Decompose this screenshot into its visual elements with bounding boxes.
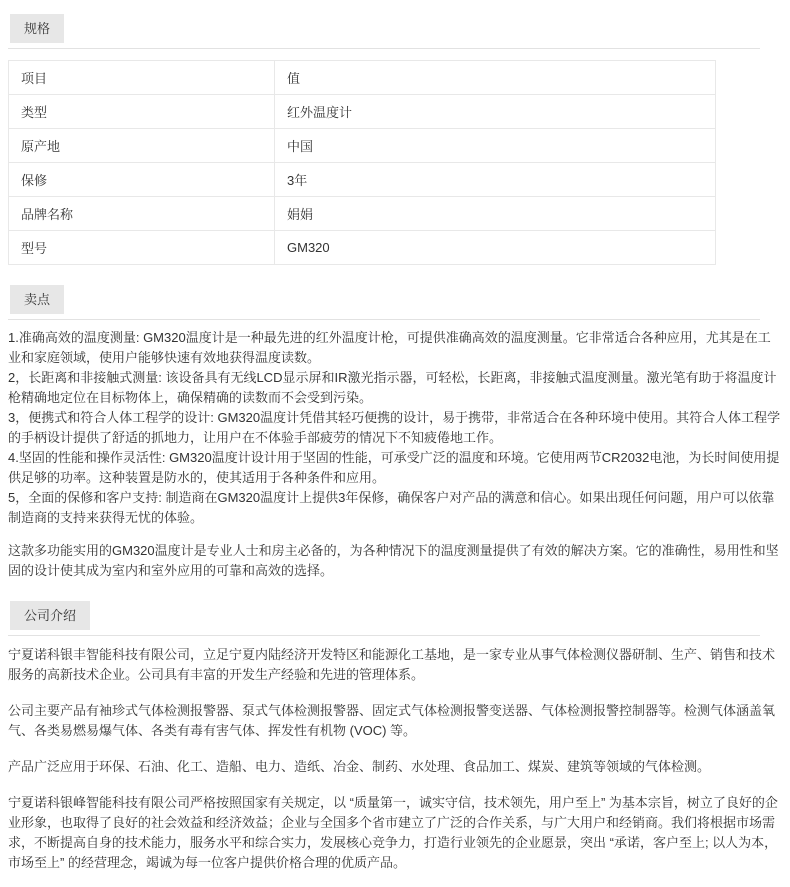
selling-point: 4.坚固的性能和操作灵活性: GM320温度计设计用于坚固的性能，可承受广泛的温… xyxy=(8,448,782,488)
selling-point: 3，便携式和符合人体工程学的设计: GM320温度计凭借其轻巧便携的设计，易于携… xyxy=(8,408,782,448)
spec-table-cell: 娟娟 xyxy=(275,197,716,231)
product-detail-page: 规格 项目 值 类型红外温度计原产地中国保修3年品牌名称娟娟型号GM320 卖点… xyxy=(0,0,790,887)
spec-table-head: 项目 值 xyxy=(9,61,716,95)
spec-header-item: 项目 xyxy=(9,61,275,95)
tab-company-intro[interactable]: 公司介绍 xyxy=(10,601,90,630)
company-section: 公司介绍 宁夏诺科银丰智能科技有限公司，立足宁夏内陆经济开发特区和能源化工基地，… xyxy=(8,601,782,873)
spec-header-value: 值 xyxy=(275,61,716,95)
spec-table-row: 类型红外温度计 xyxy=(9,95,716,129)
spec-table-cell: GM320 xyxy=(275,231,716,265)
company-paragraph: 产品广泛应用于环保、石油、化工、造船、电力、造纸、冶金、制药、水处理、食品加工、… xyxy=(8,757,782,777)
spec-table-cell: 型号 xyxy=(9,231,275,265)
spec-table-row: 保修3年 xyxy=(9,163,716,197)
spec-table-cell: 原产地 xyxy=(9,129,275,163)
tab-selling-points[interactable]: 卖点 xyxy=(10,285,64,314)
spec-table-row: 品牌名称娟娟 xyxy=(9,197,716,231)
spec-table-cell: 3年 xyxy=(275,163,716,197)
spec-header-row: 项目 值 xyxy=(9,61,716,95)
company-paragraph: 宁夏诺科银丰智能科技有限公司，立足宁夏内陆经济开发特区和能源化工基地，是一家专业… xyxy=(8,645,782,685)
spec-table-cell: 中国 xyxy=(275,129,716,163)
spec-table-cell: 类型 xyxy=(9,95,275,129)
spec-table: 项目 值 类型红外温度计原产地中国保修3年品牌名称娟娟型号GM320 xyxy=(8,60,716,265)
selling-point: 5，全面的保修和客户支持: 制造商在GM320温度计上提供3年保修，确保客户对产… xyxy=(8,488,782,528)
company-tab-row: 公司介绍 xyxy=(8,601,760,636)
spec-table-body: 类型红外温度计原产地中国保修3年品牌名称娟娟型号GM320 xyxy=(9,95,716,265)
spec-table-row: 原产地中国 xyxy=(9,129,716,163)
spec-table-cell: 品牌名称 xyxy=(9,197,275,231)
selling-points-text: 1.准确高效的温度测量: GM320温度计是一种最先进的红外温度计枪，可提供准确… xyxy=(8,328,782,581)
spec-table-cell: 红外温度计 xyxy=(275,95,716,129)
selling-point: 2，长距离和非接触式测量: 该设备具有无线LCD显示屏和IR激光指示器，可轻松，… xyxy=(8,368,782,408)
spec-table-cell: 保修 xyxy=(9,163,275,197)
company-paragraph: 公司主要产品有袖珍式气体检测报警器、泵式气体检测报警器、固定式气体检测报警变送器… xyxy=(8,701,782,741)
tab-specifications[interactable]: 规格 xyxy=(10,14,64,43)
selling-point: 1.准确高效的温度测量: GM320温度计是一种最先进的红外温度计枪，可提供准确… xyxy=(8,328,782,368)
selling-summary: 这款多功能实用的GM320温度计是专业人士和房主必备的，为各种情况下的温度测量提… xyxy=(8,541,782,581)
selling-points-list: 1.准确高效的温度测量: GM320温度计是一种最先进的红外温度计枪，可提供准确… xyxy=(8,328,782,528)
spec-tab-row: 规格 xyxy=(8,14,760,49)
selling-points-section: 卖点 1.准确高效的温度测量: GM320温度计是一种最先进的红外温度计枪，可提… xyxy=(8,285,782,581)
spec-table-row: 型号GM320 xyxy=(9,231,716,265)
company-paragraph: 宁夏诺科银峰智能科技有限公司严格按照国家有关规定，以 “质量第一，诚实守信，技术… xyxy=(8,793,782,873)
spec-section: 规格 项目 值 类型红外温度计原产地中国保修3年品牌名称娟娟型号GM320 xyxy=(8,14,782,265)
selling-tab-row: 卖点 xyxy=(8,285,760,320)
company-intro-text: 宁夏诺科银丰智能科技有限公司，立足宁夏内陆经济开发特区和能源化工基地，是一家专业… xyxy=(8,645,782,873)
